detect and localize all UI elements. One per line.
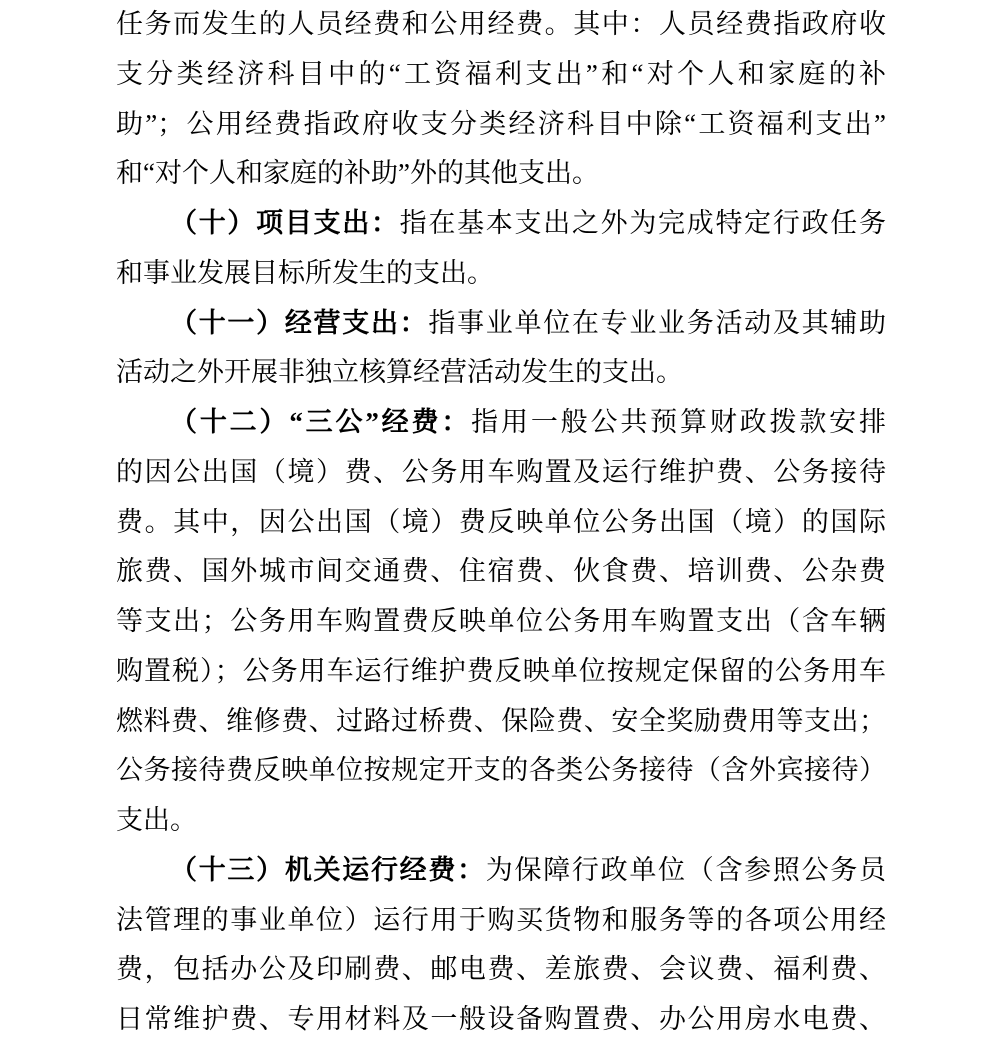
text-line: 公务接待费反映单位按规定开支的各类公务接待（含外宾接待）: [116, 746, 886, 796]
body-text: 和“对个人和家庭的补助”外的其他支出。: [116, 158, 599, 188]
body-text: 费，包括办公及印刷费、邮电费、差旅费、会议费、福利费、: [116, 954, 886, 984]
body-text: 的因公出国（境）费、公务用车购置及运行维护费、公务接待: [116, 457, 886, 487]
body-text: 指在基本支出之外为完成特定行政任务: [400, 208, 886, 238]
text-line: 旅费、国外城市间交通费、住宿费、伙食费、培训费、公杂费: [116, 547, 886, 597]
text-block: 任务而发生的人员经费和公用经费。其中：人员经费指政府收支分类经济科目中的“工资福…: [116, 0, 886, 1041]
body-text: 活动之外开展非独立核算经营活动发生的支出。: [116, 357, 683, 387]
text-line: 助”；公用经费指政府收支分类经济科目中除“工资福利支出”: [116, 100, 886, 150]
body-text: 费。其中，因公出国（境）费反映单位公务出国（境）的国际: [116, 507, 886, 537]
text-line: 购置税）；公务用车运行维护费反映单位按规定保留的公务用车: [116, 647, 886, 697]
term-heading: （十三）机关运行经费：: [170, 855, 486, 885]
text-line: 支出。: [116, 796, 886, 846]
text-line: 和“对个人和家庭的补助”外的其他支出。: [116, 149, 886, 199]
body-text: 为保障行政单位（含参照公务员: [486, 855, 886, 885]
body-text: 等支出；公务用车购置费反映单位公务用车购置支出（含车辆: [116, 606, 886, 636]
body-text: 和事业发展目标所发生的支出。: [116, 258, 494, 288]
text-line: 日常维护费、专用材料及一般设备购置费、办公用房水电费、: [116, 995, 886, 1041]
body-text: 法管理的事业单位）运行用于购买货物和服务等的各项公用经: [116, 905, 886, 935]
text-line: 的因公出国（境）费、公务用车购置及运行维护费、公务接待: [116, 448, 886, 498]
text-line: 法管理的事业单位）运行用于购买货物和服务等的各项公用经: [116, 896, 886, 946]
text-line: 燃料费、维修费、过路过桥费、保险费、安全奖励费用等支出；: [116, 697, 886, 747]
term-heading: （十）项目支出：: [170, 208, 400, 238]
body-text: 指用一般公共预算财政拨款安排: [471, 407, 886, 437]
body-text: 购置税）；公务用车运行维护费反映单位按规定保留的公务用车: [116, 656, 886, 686]
text-line: 活动之外开展非独立核算经营活动发生的支出。: [116, 348, 886, 398]
term-heading: （十一）经营支出：: [170, 308, 428, 338]
document-page: 任务而发生的人员经费和公用经费。其中：人员经费指政府收支分类经济科目中的“工资福…: [0, 0, 1000, 1041]
text-line: （十一）经营支出：指事业单位在专业业务活动及其辅助: [116, 299, 886, 349]
text-line: （十二）“三公”经费：指用一般公共预算财政拨款安排: [116, 398, 886, 448]
body-text: 支分类经济科目中的“工资福利支出”和“对个人和家庭的补: [116, 59, 886, 89]
text-line: 费。其中，因公出国（境）费反映单位公务出国（境）的国际: [116, 498, 886, 548]
body-text: 指事业单位在专业业务活动及其辅助: [428, 308, 886, 338]
text-line: （十三）机关运行经费：为保障行政单位（含参照公务员: [116, 846, 886, 896]
body-text: 日常维护费、专用材料及一般设备购置费、办公用房水电费、: [116, 1004, 886, 1034]
text-line: 和事业发展目标所发生的支出。: [116, 249, 886, 299]
text-line: （十）项目支出：指在基本支出之外为完成特定行政任务: [116, 199, 886, 249]
text-line: 费，包括办公及印刷费、邮电费、差旅费、会议费、福利费、: [116, 945, 886, 995]
body-text: 助”；公用经费指政府收支分类经济科目中除“工资福利支出”: [116, 109, 886, 139]
text-line: 支分类经济科目中的“工资福利支出”和“对个人和家庭的补: [116, 50, 886, 100]
text-line: 任务而发生的人员经费和公用经费。其中：人员经费指政府收: [116, 0, 886, 50]
text-line: 等支出；公务用车购置费反映单位公务用车购置支出（含车辆: [116, 597, 886, 647]
body-text: 支出。: [116, 805, 197, 835]
term-heading: （十二）“三公”经费：: [170, 407, 471, 437]
body-text: 旅费、国外城市间交通费、住宿费、伙食费、培训费、公杂费: [116, 556, 886, 586]
body-text: 公务接待费反映单位按规定开支的各类公务接待（含外宾接待）: [116, 755, 886, 785]
body-text: 燃料费、维修费、过路过桥费、保险费、安全奖励费用等支出；: [116, 706, 886, 736]
body-text: 任务而发生的人员经费和公用经费。其中：人员经费指政府收: [116, 9, 886, 39]
